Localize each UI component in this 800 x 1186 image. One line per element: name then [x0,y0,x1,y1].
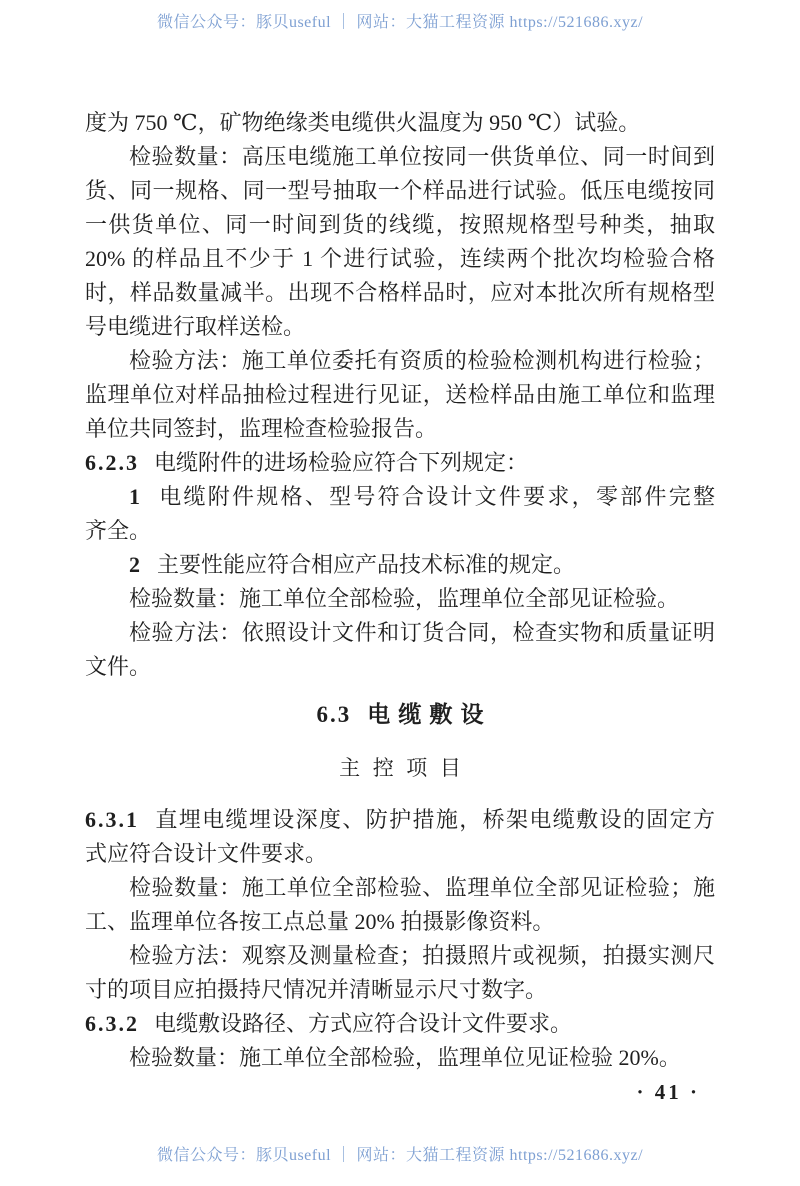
line-text: 检验数量：高压电缆施工单位按同一供货单位、同一时间到 [129,144,715,169]
text-line: 检验方法：依照设计文件和订货合同，检查实物和质量证明 [85,616,715,650]
line-text: 监理单位对样品抽检过程进行见证，送检样品由施工单位和监理 [85,382,715,407]
document-page: 微信公众号：豚贝useful ｜ 网站：大猫工程资源 https://52168… [0,0,800,1186]
line-text: 检验方法：依照设计文件和订货合同，检查实物和质量证明 [129,620,715,645]
line-text: 检验数量：施工单位全部检验、监理单位全部见证检验；施 [129,875,715,900]
line-text: 时，样品数量减半。出现不合格样品时，应对本批次所有规格型 [85,280,715,305]
line-text: 单位共同签封，监理检查检验报告。 [85,416,437,441]
text-line: 文件。 [85,650,715,684]
item-number: 1 [129,484,142,509]
line-text: 号电缆进行取样送检。 [85,314,305,339]
section-title: 电缆敷设 [367,702,491,727]
subsection-heading: 主控项目 [85,751,728,785]
text-line: 时，样品数量减半。出现不合格样品时，应对本批次所有规格型 [85,276,715,310]
text-line: 检验数量：施工单位全部检验，监理单位全部见证检验。 [85,582,715,616]
text-line: 检验数量：高压电缆施工单位按同一供货单位、同一时间到 [85,140,715,174]
watermark-footer: 微信公众号：豚贝useful ｜ 网站：大猫工程资源 https://52168… [0,1142,800,1165]
line-text: 检验方法：观察及测量检查；拍摄照片或视频，拍摄实测尺 [129,943,715,968]
text-line: 6.2.3电缆附件的进场检验应符合下列规定： [85,446,715,480]
text-line: 1电缆附件规格、型号符合设计文件要求，零部件完整 [85,480,715,514]
item-number: 2 [129,552,142,577]
line-text: 工、监理单位各按工点总量 20% 拍摄影像资料。 [85,909,554,934]
line-text: 直埋电缆埋设深度、防护措施，桥架电缆敷设的固定方 [154,807,715,832]
text-line: 号电缆进行取样送检。 [85,310,715,344]
line-text: 电缆附件规格、型号符合设计文件要求，零部件完整 [157,484,715,509]
watermark-header: 微信公众号：豚贝useful ｜ 网站：大猫工程资源 https://52168… [0,9,800,32]
line-text: 寸的项目应拍摄持尺情况并清晰显示尺寸数字。 [85,977,547,1002]
line-text: 检验数量：施工单位全部检验，监理单位全部见证检验。 [129,586,679,611]
text-line: 检验数量：施工单位全部检验，监理单位见证检验 20%。 [85,1041,715,1075]
text-line: 监理单位对样品抽检过程进行见证，送检样品由施工单位和监理 [85,378,715,412]
line-text: 文件。 [85,654,151,679]
text-line: 式应符合设计文件要求。 [85,837,715,871]
line-text: 一供货单位、同一时间到货的线缆，按照规格型号种类，抽取 [85,212,715,237]
line-text: 齐全。 [85,518,151,543]
text-line: 工、监理单位各按工点总量 20% 拍摄影像资料。 [85,905,715,939]
text-line: 货、同一规格、同一型号抽取一个样品进行试验。低压电缆按同 [85,174,715,208]
line-text: 主要性能应符合相应产品技术标准的规定。 [157,552,575,577]
section-number: 6.3 [317,702,352,727]
text-line: 6.3.1直埋电缆埋设深度、防护措施，桥架电缆敷设的固定方 [85,803,715,837]
text-line: 一供货单位、同一时间到货的线缆，按照规格型号种类，抽取 [85,208,715,242]
clause-number: 6.2.3 [85,450,139,475]
text-line: 2主要性能应符合相应产品技术标准的规定。 [85,548,715,582]
line-text: 式应符合设计文件要求。 [85,841,327,866]
text-line: 检验方法：施工单位委托有资质的检验检测机构进行检验； [85,344,715,378]
text-line: 检验方法：观察及测量检查；拍摄照片或视频，拍摄实测尺 [85,939,715,973]
line-text: 货、同一规格、同一型号抽取一个样品进行试验。低压电缆按同 [85,178,715,203]
text-line: 检验数量：施工单位全部检验、监理单位全部见证检验；施 [85,871,715,905]
text-line: 度为 750 ℃，矿物绝缘类电缆供火温度为 950 ℃）试验。 [85,106,715,140]
text-line: 单位共同签封，监理检查检验报告。 [85,412,715,446]
section-heading: 6.3电缆敷设 [85,698,715,732]
line-text: 度为 750 ℃，矿物绝缘类电缆供火温度为 950 ℃）试验。 [85,110,640,135]
line-text: 电缆敷设路径、方式应符合设计文件要求。 [154,1011,572,1036]
line-text: 电缆附件的进场检验应符合下列规定： [154,450,528,475]
line-text: 检验方法：施工单位委托有资质的检验检测机构进行检验； [129,348,715,373]
clause-number: 6.3.2 [85,1011,139,1036]
text-line: 20% 的样品且不少于 1 个进行试验，连续两个批次均检验合格 [85,242,715,276]
page-body: 度为 750 ℃，矿物绝缘类电缆供火温度为 950 ℃）试验。 检验数量：高压电… [85,106,715,1075]
text-line: 寸的项目应拍摄持尺情况并清晰显示尺寸数字。 [85,973,715,1007]
line-text: 20% 的样品且不少于 1 个进行试验，连续两个批次均检验合格 [85,246,715,271]
text-line: 6.3.2电缆敷设路径、方式应符合设计文件要求。 [85,1007,715,1041]
line-text: 检验数量：施工单位全部检验，监理单位见证检验 20%。 [129,1045,681,1070]
text-line: 齐全。 [85,514,715,548]
page-number: · 41 · [636,1080,700,1105]
clause-number: 6.3.1 [85,807,139,832]
